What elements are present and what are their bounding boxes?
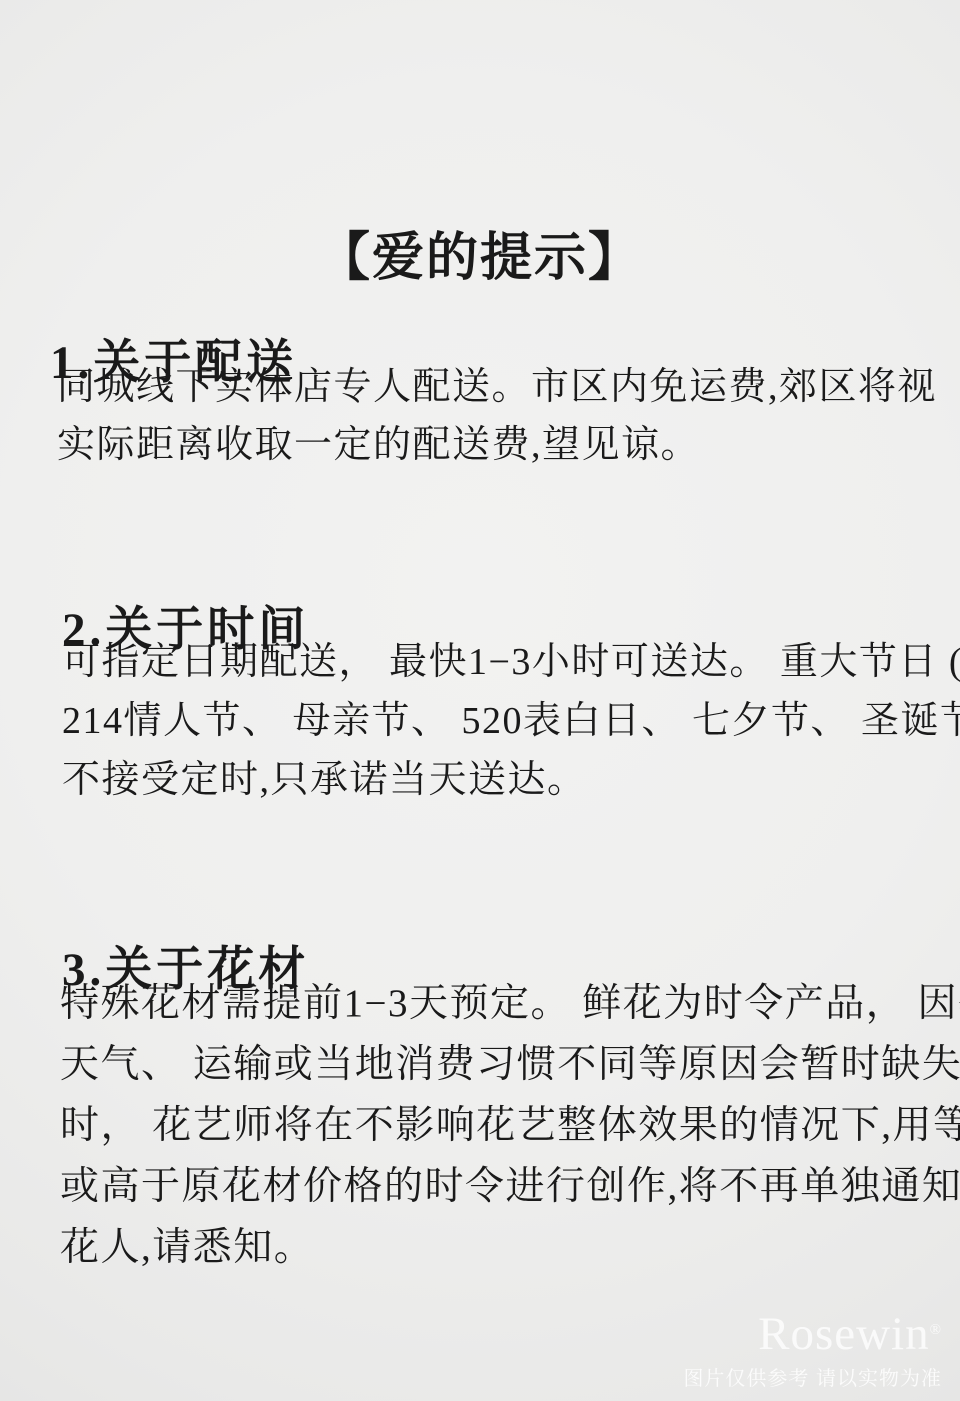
paragraph-line: 同城线下实体店专人配送。市区内免运费,郊区将视 [57,358,937,416]
paragraph-line: 可指定日期配送， 最快1−3小时可送达。 重大节日 (如 [62,633,960,692]
page-title: 【爱的提示】 [0,215,960,290]
section-body-flowers: 特殊花材需提前1−3天预定。 鲜花为时令产品， 因季节 天气、 运输或当地消费习… [60,973,960,1278]
registered-trademark-icon: ® [930,1322,942,1338]
paragraph-line: 特殊花材需提前1−3天预定。 鲜花为时令产品， 因季节 [60,973,960,1034]
paragraph-line: 214情人节、 母亲节、 520表白日、 七夕节、 圣诞节等), [62,692,960,751]
paragraph-line: 天气、 运输或当地消费习惯不同等原因会暂时缺失,此 [60,1034,960,1095]
section-body-delivery: 同城线下实体店专人配送。市区内免运费,郊区将视 实际距离收取一定的配送费,望见谅… [57,358,937,474]
paragraph-line: 或高于原花材价格的时令进行创作,将不再单独通知订 [60,1156,960,1217]
paragraph-line: 不接受定时,只承诺当天送达。 [62,751,960,810]
brand-name: Rosewin [758,1308,930,1360]
watermark-disclaimer: 图片仅供参考 请以实物为准 [683,1362,942,1391]
notice-page: 【爱的提示】 1.关于配送 同城线下实体店专人配送。市区内免运费,郊区将视 实际… [0,0,960,1401]
brand-watermark: Rosewin® 图片仅供参考 请以实物为准 [683,1312,942,1391]
paragraph-line: 实际距离收取一定的配送费,望见谅。 [57,416,937,474]
paragraph-line: 时， 花艺师将在不影响花艺整体效果的情况下,用等值 [60,1095,960,1156]
brand-logo-text: Rosewin® [683,1312,942,1356]
paragraph-line: 花人,请悉知。 [60,1217,960,1278]
section-body-time: 可指定日期配送， 最快1−3小时可送达。 重大节日 (如 214情人节、 母亲节… [62,633,960,810]
